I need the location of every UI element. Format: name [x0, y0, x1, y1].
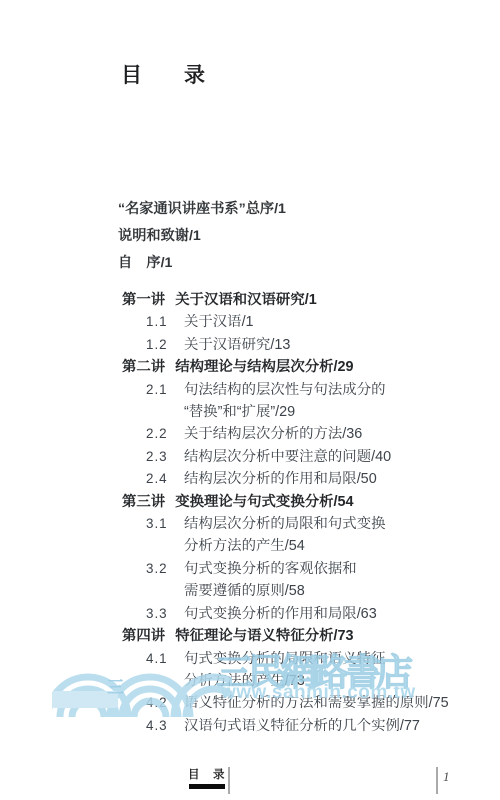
item-text-line: 分析方法的产生/54 — [184, 535, 472, 557]
item-text-line: 关于结构层次分析的方法/36 — [184, 423, 472, 445]
toc-list: 第一讲关于汉语和汉语研究/11.1关于汉语/11.2关于汉语研究/13第二讲结构… — [122, 289, 472, 737]
item-text-line: 需要遵循的原则/58 — [184, 580, 472, 602]
item-number: 1.2 — [146, 334, 173, 356]
footer-title-label: 目 录 — [188, 768, 226, 782]
toc-item-row: 2.2关于结构层次分析的方法/36 — [122, 423, 472, 445]
item-number: 1.1 — [146, 311, 173, 333]
item-text: 汉语句式语义特征分析的几个实例/77 — [184, 715, 472, 737]
chapter-label: 第三讲 — [122, 491, 165, 513]
chapter-title: 关于汉语和汉语研究/1 — [175, 289, 317, 311]
footer-divider-right — [436, 767, 438, 794]
item-text-line: 结构层次分析的作用和局限/50 — [184, 468, 472, 490]
item-text-line: 结构层次分析的局限和句式变换 — [184, 513, 472, 535]
toc-item-row: 4.3汉语句式语义特征分析的几个实例/77 — [122, 715, 472, 737]
item-number: 2.4 — [146, 468, 173, 490]
item-number: 4.1 — [146, 648, 173, 693]
item-text-line: 句法结构的层次性与句法成分的 — [184, 379, 472, 401]
item-text: 句式变换分析的局限和语义特征分析方法的产生/73 — [184, 648, 472, 693]
item-text-line: 汉语句式语义特征分析的几个实例/77 — [184, 715, 472, 737]
toc-item-row: 1.2关于汉语研究/13 — [122, 334, 472, 356]
item-number: 2.1 — [146, 379, 173, 424]
item-text: 句法结构的层次性与句法成分的“替换”和“扩展”/29 — [184, 379, 472, 424]
item-number: 4.2 — [146, 692, 173, 714]
front-matter-list: “名家通识讲座书系”总序/1说明和致谢/1自 序/1 — [118, 196, 438, 277]
item-number: 3.2 — [146, 558, 173, 603]
toc-item-row: 2.4结构层次分析的作用和局限/50 — [122, 468, 472, 490]
item-text: 关于汉语研究/13 — [184, 334, 472, 356]
page-title: 目 录 — [121, 59, 205, 89]
chapter-title: 结构理论与结构层次分析/29 — [175, 356, 353, 378]
item-text: 结构层次分析中要注意的问题/40 — [184, 446, 472, 468]
toc-item-row: 3.2句式变换分析的客观依据和需要遵循的原则/58 — [122, 558, 472, 603]
item-text-line: 分析方法的产生/73 — [184, 670, 472, 692]
chapter-label: 第二讲 — [122, 356, 165, 378]
item-text-line: 结构层次分析中要注意的问题/40 — [184, 446, 472, 468]
scanned-toc-page: 目 录 “名家通识讲座书系”总序/1说明和致谢/1自 序/1 第一讲关于汉语和汉… — [0, 0, 500, 800]
front-matter-line: 说明和致谢/1 — [118, 223, 438, 250]
toc-chapter-row: 第二讲结构理论与结构层次分析/29 — [122, 356, 472, 378]
item-number: 2.2 — [146, 423, 173, 445]
item-text-line: 语义特征分析的方法和需要掌握的原则/75 — [184, 692, 472, 714]
item-text: 句式变换分析的作用和局限/63 — [184, 603, 472, 625]
item-number: 3.1 — [146, 513, 173, 558]
item-text-line: 句式变换分析的作用和局限/63 — [184, 603, 472, 625]
item-text-line: 关于汉语研究/13 — [184, 334, 472, 356]
item-text: 结构层次分析的局限和句式变换分析方法的产生/54 — [184, 513, 472, 558]
toc-chapter-row: 第一讲关于汉语和汉语研究/1 — [122, 289, 472, 311]
toc-item-row: 1.1关于汉语/1 — [122, 311, 472, 333]
footer-title-underline — [189, 784, 225, 789]
front-matter-line: “名家通识讲座书系”总序/1 — [118, 196, 438, 223]
toc-item-row: 4.1句式变换分析的局限和语义特征分析方法的产生/73 — [122, 648, 472, 693]
front-matter-line: 自 序/1 — [118, 250, 438, 277]
item-text-line: 关于汉语/1 — [184, 311, 472, 333]
item-text: 结构层次分析的作用和局限/50 — [184, 468, 472, 490]
item-text: 关于结构层次分析的方法/36 — [184, 423, 472, 445]
footer-running-title: 目 录 — [188, 768, 226, 789]
toc-item-row: 3.3句式变换分析的作用和局限/63 — [122, 603, 472, 625]
toc-chapter-row: 第三讲变换理论与句式变换分析/54 — [122, 491, 472, 513]
item-number: 2.3 — [146, 446, 173, 468]
item-text-line: “替换”和“扩展”/29 — [184, 401, 472, 423]
item-text-line: 句式变换分析的局限和语义特征 — [184, 648, 472, 670]
item-text: 关于汉语/1 — [184, 311, 472, 333]
item-number: 3.3 — [146, 603, 173, 625]
chapter-label: 第一讲 — [122, 289, 165, 311]
toc-item-row: 3.1结构层次分析的局限和句式变换分析方法的产生/54 — [122, 513, 472, 558]
item-number: 4.3 — [146, 715, 173, 737]
item-text: 句式变换分析的客观依据和需要遵循的原则/58 — [184, 558, 472, 603]
toc-item-row: 2.1句法结构的层次性与句法成分的“替换”和“扩展”/29 — [122, 379, 472, 424]
item-text: 语义特征分析的方法和需要掌握的原则/75 — [184, 692, 472, 714]
chapter-title: 变换理论与句式变换分析/54 — [175, 491, 353, 513]
footer-divider-left — [228, 767, 230, 794]
chapter-label: 第四讲 — [122, 625, 165, 647]
toc-chapter-row: 第四讲特征理论与语义特征分析/73 — [122, 625, 472, 647]
toc-item-row: 4.2语义特征分析的方法和需要掌握的原则/75 — [122, 692, 472, 714]
item-text-line: 句式变换分析的客观依据和 — [184, 558, 472, 580]
chapter-title: 特征理论与语义特征分析/73 — [175, 625, 353, 647]
toc-item-row: 2.3结构层次分析中要注意的问题/40 — [122, 446, 472, 468]
page-number: 1 — [443, 769, 450, 785]
